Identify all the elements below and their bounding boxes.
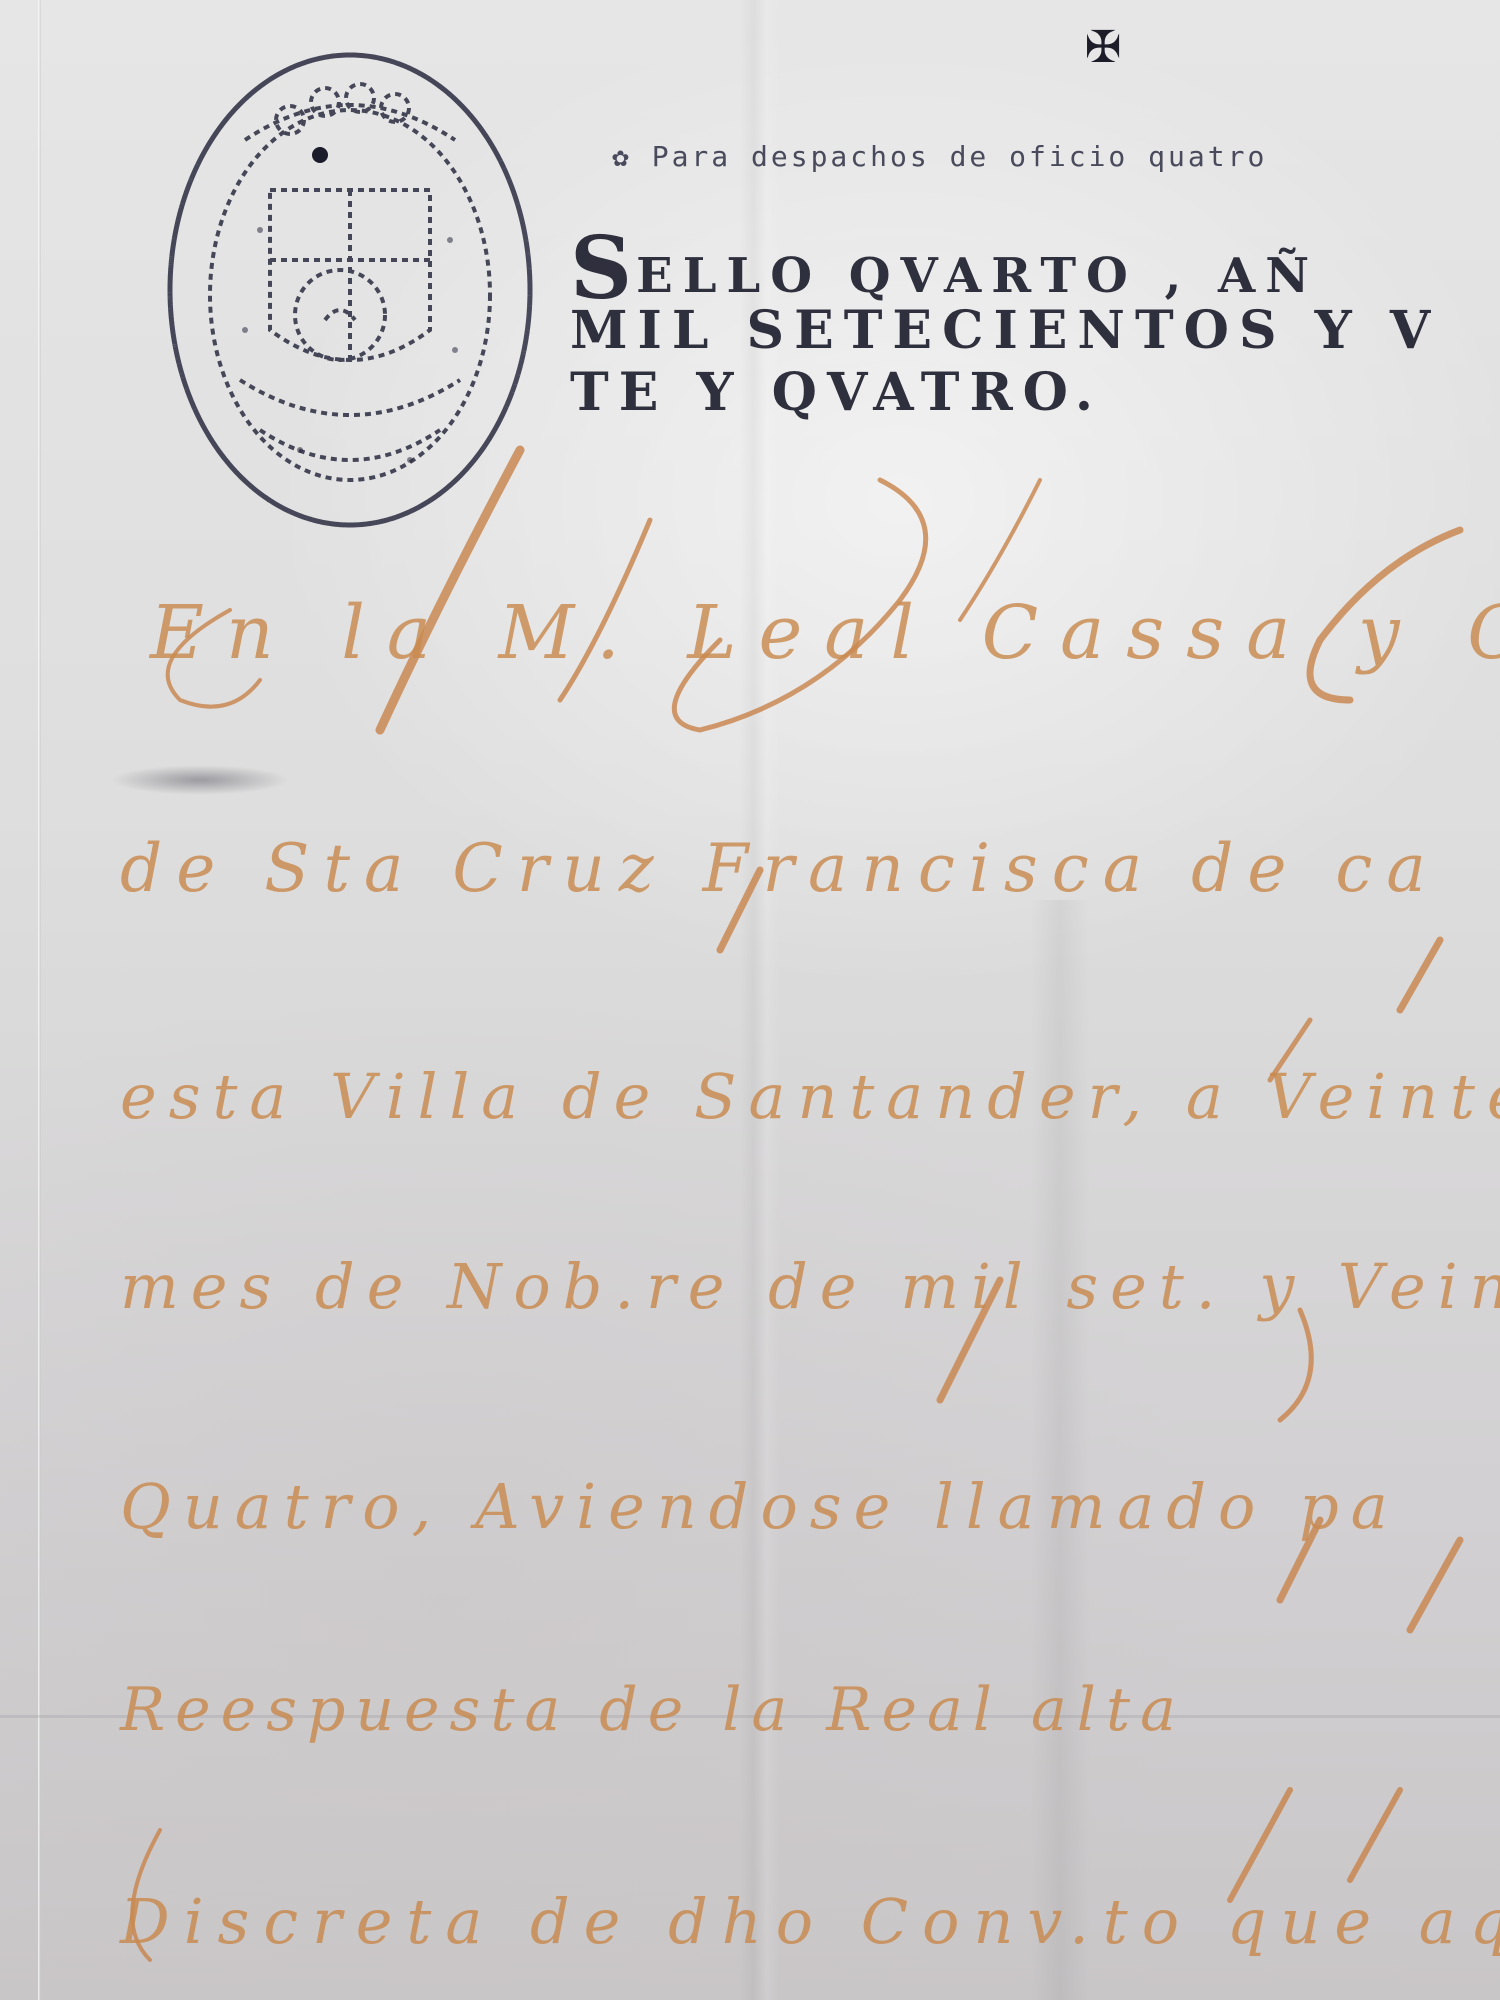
manuscript-line: Discreta de dho Conv.to que aqui fir [120,1885,1500,1958]
manuscript-line: mes de Nob.re de mil set. y Vein [120,1250,1500,1323]
manuscript-line: esta Villa de Santander, a Veinte [120,1060,1500,1133]
stamp-heading-line-2: MIL SETECIENTOS Y V [570,300,1440,361]
manuscript-line: de Sta Cruz Francisca de ca [120,830,1440,907]
document-page: ✠ ✿ Para despachos de oficio quatro SELL… [0,0,1500,2000]
ink-smudge [110,765,290,795]
manuscript-line: Reespuesta de la Real alta [120,1675,1186,1745]
stamp-heading-text: ELLO QVARTO , AÑ [636,248,1319,304]
paper-tear-edge [38,0,41,2000]
stamp-heading-line-3: TE Y QVATRO. [570,362,1103,423]
manuscript-line: En la M. Leal Cassa y Comuni [150,590,1500,676]
stamp-fine-print: ✿ Para despachos de oficio quatro [612,140,1500,173]
manuscript-line: Quatro, Aviendose llamado pa [120,1470,1400,1543]
royal-coat-of-arms-seal-icon [150,30,550,550]
cross-symbol-icon: ✠ [1083,18,1123,78]
